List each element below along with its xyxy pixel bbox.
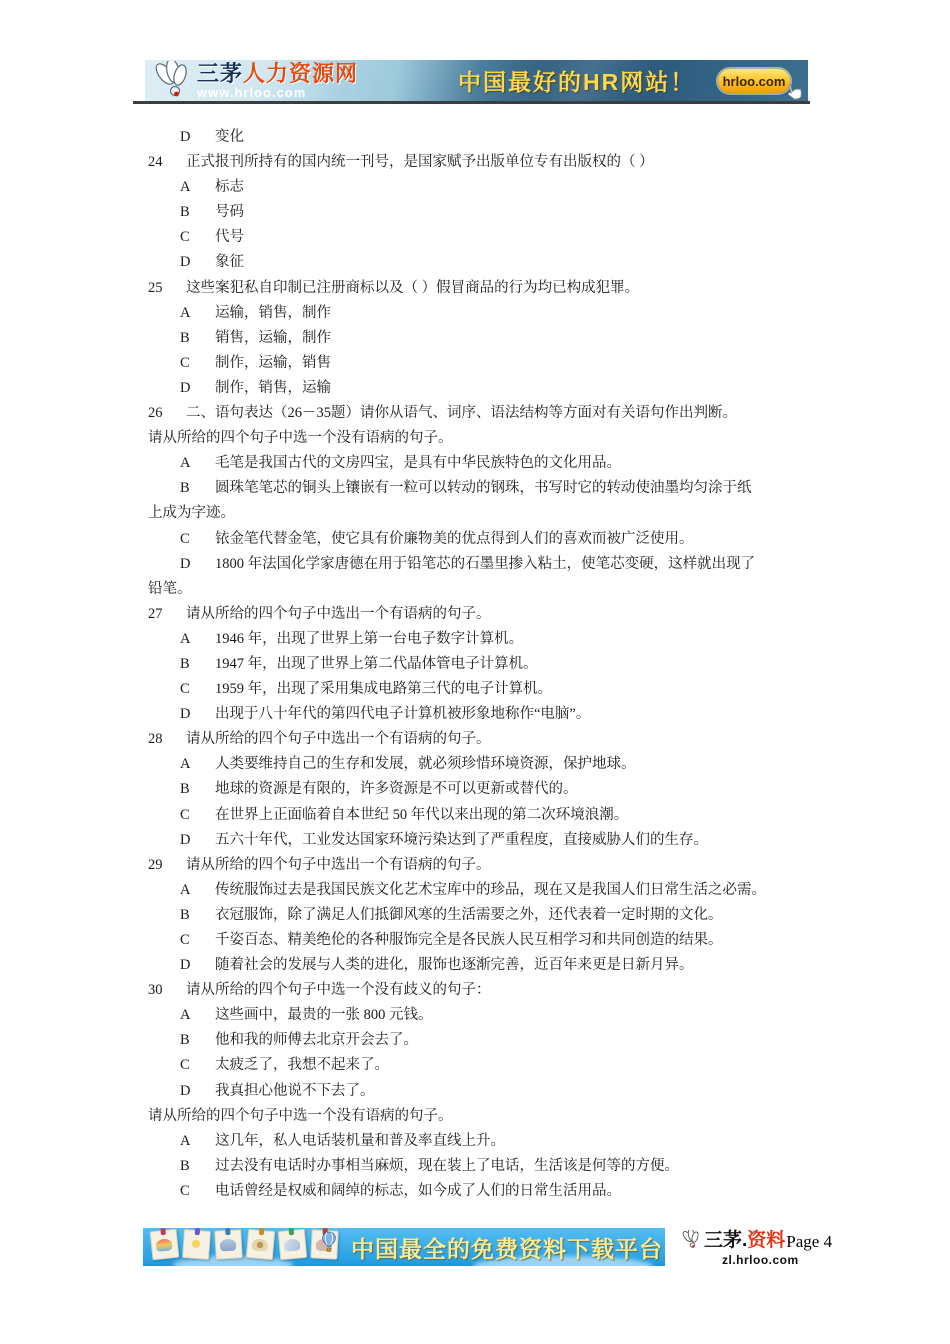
site-name-secondary: 人力资源网 bbox=[243, 61, 358, 86]
option-line: D出现于八十年代的第四代电子计算机被形象地称作“电脑”。 bbox=[148, 702, 818, 727]
banner-tagline: 中国最好的HR网站！ bbox=[458, 60, 695, 101]
text-line: 上成为字迹。 bbox=[148, 501, 818, 526]
option-text: 衣冠服饰，除了满足人们抵御风寒的生活需要之外，还代表着一定时期的文化。 bbox=[215, 907, 723, 923]
option-text: 1947 年，出现了世界上第二代晶体管电子计算机。 bbox=[215, 656, 538, 672]
option-letter: A bbox=[180, 301, 215, 326]
shuttlecock-logo-icon bbox=[680, 1230, 702, 1250]
question-text: 请从所给的四个句子中选一个没有歧义的句子： bbox=[186, 982, 491, 998]
option-letter: A bbox=[180, 175, 215, 200]
option-line: C千姿百态、精美绝伦的各种服饰完全是各民族人民互相学习和共同创造的结果。 bbox=[148, 928, 818, 953]
option-text: 1800 年法国化学家唐德在用于铅笔芯的石墨里掺入粘土，使笔芯变硬，这样就出现了 bbox=[215, 556, 755, 572]
option-letter: A bbox=[180, 1129, 215, 1154]
site-url: www.hrloo.com bbox=[197, 86, 358, 99]
option-line: D象征 bbox=[148, 250, 818, 275]
option-line: B销售，运输，制作 bbox=[148, 326, 818, 351]
option-line: C电话曾经是权威和阔绰的标志，如今成了人们的日常生活用品。 bbox=[148, 1179, 818, 1204]
option-letter: D bbox=[180, 376, 215, 401]
option-line: A传统服饰过去是我国民族文化艺术宝库中的珍品，现在又是我国人们日常生活之必需。 bbox=[148, 878, 818, 903]
question-line: 24正式报刊所持有的国内统一刊号，是国家赋予出版单位专有出版权的（ ） bbox=[148, 150, 818, 175]
question-line: 30请从所给的四个句子中选一个没有歧义的句子： bbox=[148, 978, 818, 1003]
option-text: 制作，运输，销售 bbox=[215, 355, 331, 371]
option-letter: C bbox=[180, 351, 215, 376]
paragraph-text: 请从所给的四个句子中选一个没有语病的句子。 bbox=[148, 1108, 453, 1124]
option-line: D1800 年法国化学家唐德在用于铅笔芯的石墨里掺入粘土，使笔芯变硬，这样就出现… bbox=[148, 552, 818, 577]
option-line: A这几年，私人电话装机量和普及率直线上升。 bbox=[148, 1129, 818, 1154]
option-text: 铱金笔代替金笔，使它具有价廉物美的优点得到人们的喜欢而被广泛使用。 bbox=[215, 531, 694, 547]
footer-banner-text: 中国最全的免费资料下载平台 bbox=[143, 1228, 665, 1266]
option-letter: A bbox=[180, 1003, 215, 1028]
option-letter: C bbox=[180, 225, 215, 250]
option-line: B圆珠笔笔芯的铜头上镶嵌有一粒可以转动的钢珠，书写时它的转动使油墨均匀涂于纸 bbox=[148, 476, 818, 501]
hand-cursor-icon bbox=[782, 82, 804, 101]
text-line: 请从所给的四个句子中选一个没有语病的句子。 bbox=[148, 1104, 818, 1129]
option-text: 随着社会的发展与人类的进化，服饰也逐渐完善，近百年来更是日新月异。 bbox=[215, 957, 694, 973]
option-text: 圆珠笔笔芯的铜头上镶嵌有一粒可以转动的钢珠，书写时它的转动使油墨均匀涂于纸 bbox=[215, 480, 752, 496]
option-line: B地球的资源是有限的，许多资源是不可以更新或替代的。 bbox=[148, 777, 818, 802]
option-letter: B bbox=[180, 903, 215, 928]
option-text: 销售，运输，制作 bbox=[215, 330, 331, 346]
site-logo: 三茅人力资源网 www.hrloo.com bbox=[151, 60, 358, 101]
question-text: 请从所给的四个句子中选出一个有语病的句子。 bbox=[186, 857, 491, 873]
question-number: 30 bbox=[148, 978, 186, 1003]
option-line: B1947 年，出现了世界上第二代晶体管电子计算机。 bbox=[148, 652, 818, 677]
option-line: C1959 年，出现了采用集成电路第三代的电子计算机。 bbox=[148, 677, 818, 702]
header-divider bbox=[133, 101, 810, 104]
option-line: A标志 bbox=[148, 175, 818, 200]
option-letter: B bbox=[180, 652, 215, 677]
option-line: A运输，销售，制作 bbox=[148, 301, 818, 326]
option-line: C太疲乏了，我想不起来了。 bbox=[148, 1053, 818, 1078]
option-text: 1946 年，出现了世界上第一台电子数字计算机。 bbox=[215, 631, 523, 647]
option-letter: C bbox=[180, 677, 215, 702]
option-line: A1946 年，出现了世界上第一台电子数字计算机。 bbox=[148, 627, 818, 652]
option-letter: D bbox=[180, 953, 215, 978]
option-letter: B bbox=[180, 200, 215, 225]
option-letter: D bbox=[180, 1079, 215, 1104]
option-line: B号码 bbox=[148, 200, 818, 225]
option-text: 人类要维持自己的生存和发展，就必须珍惜环境资源，保护地球。 bbox=[215, 756, 636, 772]
question-line: 26二、语句表达（26－35题）请你从语气、词序、语法结构等方面对有关语句作出判… bbox=[148, 401, 818, 426]
option-letter: D bbox=[180, 552, 215, 577]
option-text: 运输，销售，制作 bbox=[215, 305, 331, 321]
question-line: 29请从所给的四个句子中选出一个有语病的句子。 bbox=[148, 853, 818, 878]
option-letter: B bbox=[180, 1154, 215, 1179]
option-text: 五六十年代，工业发达国家环境污染达到了严重程度，直接威胁人们的生存。 bbox=[215, 832, 708, 848]
option-text: 在世界上正面临着自本世纪 50 年代以来出现的第二次环境浪潮。 bbox=[215, 807, 628, 823]
hrloo-link-button[interactable]: hrloo.com bbox=[718, 69, 790, 93]
question-text: 二、语句表达（26－35题）请你从语气、词序、语法结构等方面对有关语句作出判断。 bbox=[186, 405, 737, 421]
option-text: 毛笔是我国古代的文房四宝，是具有中华民族特色的文化用品。 bbox=[215, 455, 621, 471]
option-letter: C bbox=[180, 803, 215, 828]
site-name: 三茅人力资源网 bbox=[197, 63, 358, 85]
option-letter: D bbox=[180, 125, 215, 150]
option-text: 出现于八十年代的第四代电子计算机被形象地称作“电脑”。 bbox=[215, 706, 590, 722]
option-line: D变化 bbox=[148, 125, 818, 150]
text-line: 请从所给的四个句子中选一个没有语病的句子。 bbox=[148, 426, 818, 451]
option-letter: A bbox=[180, 451, 215, 476]
option-letter: A bbox=[180, 627, 215, 652]
question-number: 27 bbox=[148, 602, 186, 627]
option-line: C铱金笔代替金笔，使它具有价廉物美的优点得到人们的喜欢而被广泛使用。 bbox=[148, 527, 818, 552]
option-text: 地球的资源是有限的，许多资源是不可以更新或替代的。 bbox=[215, 781, 578, 797]
option-text: 号码 bbox=[215, 204, 244, 220]
option-text: 变化 bbox=[215, 129, 244, 145]
brand-name-red: 资料 bbox=[747, 1231, 785, 1250]
option-line: D制作，销售，运输 bbox=[148, 376, 818, 401]
option-letter: C bbox=[180, 1053, 215, 1078]
option-text: 电话曾经是权威和阔绰的标志，如今成了人们的日常生活用品。 bbox=[215, 1183, 621, 1199]
question-text: 请从所给的四个句子中选出一个有语病的句子。 bbox=[186, 606, 491, 622]
option-text: 代号 bbox=[215, 229, 244, 245]
option-line: B衣冠服饰，除了满足人们抵御风寒的生活需要之外，还代表着一定时期的文化。 bbox=[148, 903, 818, 928]
question-number: 24 bbox=[148, 150, 186, 175]
option-letter: A bbox=[180, 878, 215, 903]
option-letter: D bbox=[180, 828, 215, 853]
option-text: 太疲乏了，我想不起来了。 bbox=[215, 1057, 389, 1073]
option-line: A人类要维持自己的生存和发展，就必须珍惜环境资源，保护地球。 bbox=[148, 752, 818, 777]
question-list: D变化24正式报刊所持有的国内统一刊号，是国家赋予出版单位专有出版权的（ ）A标… bbox=[148, 125, 818, 1204]
option-line: C制作，运输，销售 bbox=[148, 351, 818, 376]
option-letter: B bbox=[180, 326, 215, 351]
brand-name-black: 三茅. bbox=[704, 1231, 747, 1250]
option-line: D我真担心他说不下去了。 bbox=[148, 1079, 818, 1104]
question-line: 27请从所给的四个句子中选出一个有语病的句子。 bbox=[148, 602, 818, 627]
option-letter: C bbox=[180, 1179, 215, 1204]
option-line: C代号 bbox=[148, 225, 818, 250]
option-text: 他和我的师傅去北京开会去了。 bbox=[215, 1032, 418, 1048]
footer-brand: 三茅. 资料 Page 4 zl.hrloo.com bbox=[680, 1230, 880, 1267]
option-text: 我真担心他说不下去了。 bbox=[215, 1083, 375, 1099]
option-line: B他和我的师傅去北京开会去了。 bbox=[148, 1028, 818, 1053]
option-line: A这些画中，最贵的一张 800 元钱。 bbox=[148, 1003, 818, 1028]
option-text: 这几年，私人电话装机量和普及率直线上升。 bbox=[215, 1133, 505, 1149]
text-line: 铅笔。 bbox=[148, 577, 818, 602]
option-text: 这些画中，最贵的一张 800 元钱。 bbox=[215, 1007, 433, 1023]
question-text: 这些案犯私自印制已注册商标以及（ ）假冒商品的行为均已构成犯罪。 bbox=[186, 280, 639, 296]
paragraph-text: 请从所给的四个句子中选一个没有语病的句子。 bbox=[148, 430, 453, 446]
option-text: 过去没有电话时办事相当麻烦，现在装上了电话，生活该是何等的方便。 bbox=[215, 1158, 679, 1174]
option-letter: B bbox=[180, 1028, 215, 1053]
question-text: 正式报刊所持有的国内统一刊号，是国家赋予出版单位专有出版权的（ ） bbox=[186, 154, 654, 170]
option-line: D五六十年代，工业发达国家环境污染达到了严重程度，直接威胁人们的生存。 bbox=[148, 828, 818, 853]
paragraph-text: 铅笔。 bbox=[148, 581, 192, 597]
option-text: 千姿百态、精美绝伦的各种服饰完全是各民族人民互相学习和共同创造的结果。 bbox=[215, 932, 723, 948]
paragraph-text: 上成为字迹。 bbox=[148, 505, 235, 521]
option-letter: C bbox=[180, 928, 215, 953]
question-number: 29 bbox=[148, 853, 186, 878]
option-text: 传统服饰过去是我国民族文化艺术宝库中的珍品，现在又是我国人们日常生活之必需。 bbox=[215, 882, 766, 898]
option-text: 制作，销售，运输 bbox=[215, 380, 331, 396]
question-number: 25 bbox=[148, 276, 186, 301]
option-line: D随着社会的发展与人类的进化，服饰也逐渐完善，近百年来更是日新月异。 bbox=[148, 953, 818, 978]
option-letter: D bbox=[180, 702, 215, 727]
option-text: 标志 bbox=[215, 179, 244, 195]
question-text: 请从所给的四个句子中选出一个有语病的句子。 bbox=[186, 731, 491, 747]
question-number: 26 bbox=[148, 401, 186, 426]
option-line: C在世界上正面临着自本世纪 50 年代以来出现的第二次环境浪潮。 bbox=[148, 803, 818, 828]
option-text: 1959 年，出现了采用集成电路第三代的电子计算机。 bbox=[215, 681, 552, 697]
shuttlecock-logo-icon bbox=[151, 61, 193, 101]
option-letter: C bbox=[180, 527, 215, 552]
option-letter: D bbox=[180, 250, 215, 275]
page-number: Page 4 bbox=[786, 1233, 832, 1250]
option-line: B过去没有电话时办事相当麻烦，现在装上了电话，生活该是何等的方便。 bbox=[148, 1154, 818, 1179]
brand-url: zl.hrloo.com bbox=[722, 1253, 880, 1267]
footer-ad-banner[interactable]: 中国最全的免费资料下载平台 bbox=[143, 1228, 665, 1266]
question-line: 25这些案犯私自印制已注册商标以及（ ）假冒商品的行为均已构成犯罪。 bbox=[148, 276, 818, 301]
option-letter: B bbox=[180, 476, 215, 501]
header-ad-banner[interactable]: 三茅人力资源网 www.hrloo.com 中国最好的HR网站！ hrloo.c… bbox=[145, 60, 808, 101]
option-letter: B bbox=[180, 777, 215, 802]
option-line: A毛笔是我国古代的文房四宝，是具有中华民族特色的文化用品。 bbox=[148, 451, 818, 476]
question-line: 28请从所给的四个句子中选出一个有语病的句子。 bbox=[148, 727, 818, 752]
option-text: 象征 bbox=[215, 254, 244, 270]
option-letter: A bbox=[180, 752, 215, 777]
site-name-primary: 三茅 bbox=[197, 61, 243, 86]
question-number: 28 bbox=[148, 727, 186, 752]
